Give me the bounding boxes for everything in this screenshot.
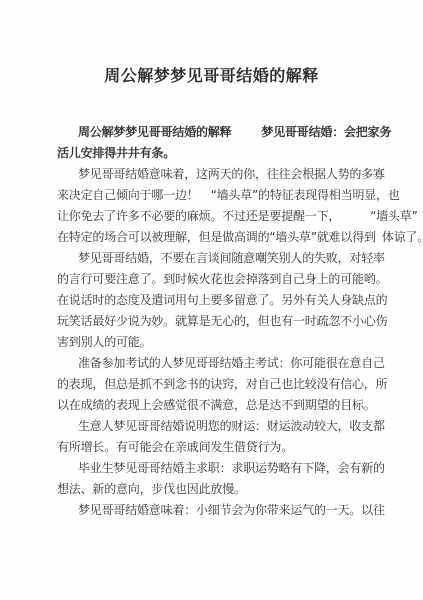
text-segment: 想法、新的意向，步伐也因此放慢。 bbox=[57, 482, 246, 496]
text-line: 有所增长。有可能会在亲戚间发生借贷行为。 bbox=[57, 437, 397, 458]
text-segment: “墙头草” bbox=[370, 209, 417, 223]
text-segment: 的言行可要注意了。到时候火花也会掉落到自己身上的可能哟。 bbox=[57, 272, 387, 286]
text-segment: 梦见哥哥结婚意味着：小细节会为你带来运气的一天。以往 bbox=[78, 503, 385, 517]
text-line: 周公解梦梦见哥哥结婚的解释梦见哥哥结婚：会把家务 bbox=[57, 122, 397, 143]
text-line: 准备参加考试的人梦见哥哥结婚主考试：你可能很在意自己 bbox=[57, 353, 397, 374]
text-line: 玩笑话最好少说为妙。就算是无心的，但也有一时疏忽不小心伤 bbox=[57, 311, 397, 332]
text-segment: 以在成绩的表现上会感觉很不满意，总是达不到期望的目标。 bbox=[57, 398, 376, 412]
text-line: 梦见哥哥结婚意味着，这两天的你，往往会根据人势的多寡 bbox=[57, 164, 397, 185]
paragraph: 毕业生梦见哥哥结婚主求职：求职运势略有下降，会有新的 想法、新的意向，步伐也因此… bbox=[57, 458, 397, 500]
text-segment: 生意人梦见哥哥结婚说明您的财运：财运波动较大，收支都 bbox=[78, 419, 385, 433]
document-body: 周公解梦梦见哥哥结婚的解释梦见哥哥结婚：会把家务 活儿安排得井井有条。 梦见哥哥… bbox=[0, 122, 423, 521]
paragraph: 梦见哥哥结婚，不要在言谈间随意嘲笑别人的失败，对轻率 的言行可要注意了。到时候火… bbox=[57, 248, 397, 353]
text-segment: 让你免去了许多不必要的麻烦。不过还是要提醒一下， bbox=[57, 209, 340, 223]
text-gap bbox=[199, 198, 211, 199]
text-line: 的言行可要注意了。到时候火花也会掉落到自己身上的可能哟。 bbox=[57, 269, 397, 290]
paragraph: 周公解梦梦见哥哥结婚的解释梦见哥哥结婚：会把家务 活儿安排得井井有条。 bbox=[57, 122, 397, 164]
text-line: 以在成绩的表现上会感觉很不满意，总是达不到期望的目标。 bbox=[57, 395, 397, 416]
paragraph: 梦见哥哥结婚意味着：小细节会为你带来运气的一天。以往 bbox=[57, 500, 397, 521]
text-line: 来决定自己倾向于哪一边！“墙头草”的特征表现得相当明显，也 bbox=[57, 185, 397, 206]
text-line: 活儿安排得井井有条。 bbox=[57, 143, 397, 164]
text-segment: 准备参加考试的人梦见哥哥结婚主考试：你可能很在意自己 bbox=[78, 356, 385, 370]
text-line: 害到别人的可能。 bbox=[57, 332, 397, 353]
paragraph: 准备参加考试的人梦见哥哥结婚主考试：你可能很在意自己 的表现，但总是抓不到念书的… bbox=[57, 353, 397, 416]
paragraph: 梦见哥哥结婚意味着，这两天的你，往往会根据人势的多寡 来决定自己倾向于哪一边！“… bbox=[57, 164, 397, 248]
text-segment: 害到别人的可能。 bbox=[57, 335, 151, 349]
text-segment: 在特定的场合可以被理解，但是做高调的“墙头草”就难以得到 bbox=[57, 230, 376, 244]
page-title: 周公解梦梦见哥哥结婚的解释 bbox=[0, 0, 423, 86]
text-segment: 梦见哥哥结婚意味着，这两天的你，往往会根据人势的多寡 bbox=[78, 167, 385, 181]
text-line: 在特定的场合可以被理解，但是做高调的“墙头草”就难以得到体谅了。 bbox=[57, 227, 397, 248]
text-segment: 梦见哥哥结婚：会把家务 bbox=[261, 125, 391, 139]
text-line: 梦见哥哥结婚，不要在言谈间随意嘲笑别人的失败，对轻率 bbox=[57, 248, 397, 269]
text-line: 想法、新的意向，步伐也因此放慢。 bbox=[57, 479, 397, 500]
text-segment: 体谅了。 bbox=[382, 230, 423, 244]
text-segment: 活儿安排得井井有条。 bbox=[57, 146, 175, 160]
text-line: 的表现，但总是抓不到念书的诀窍，对自己也比较没有信心，所 bbox=[57, 374, 397, 395]
text-gap bbox=[231, 135, 261, 136]
text-segment: 毕业生梦见哥哥结婚主求职：求职运势略有下降，会有新的 bbox=[78, 461, 385, 475]
text-line: 生意人梦见哥哥结婚说明您的财运：财运波动较大，收支都 bbox=[57, 416, 397, 437]
paragraph: 生意人梦见哥哥结婚说明您的财运：财运波动较大，收支都 有所增长。有可能会在亲戚间… bbox=[57, 416, 397, 458]
text-segment: 的表现，但总是抓不到念书的诀窍，对自己也比较没有信心，所 bbox=[57, 377, 387, 391]
text-segment: 玩笑话最好少说为妙。就算是无心的，但也有一时疏忽不小心伤 bbox=[57, 314, 387, 328]
text-line: 在说话时的态度及遣词用句上要多留意了。另外有关人身缺点的 bbox=[57, 290, 397, 311]
text-line: 毕业生梦见哥哥结婚主求职：求职运势略有下降，会有新的 bbox=[57, 458, 397, 479]
text-segment: 梦见哥哥结婚，不要在言谈间随意嘲笑别人的失败，对轻率 bbox=[78, 251, 385, 265]
text-segment: 来决定自己倾向于哪一边！ bbox=[57, 188, 199, 202]
text-line: 让你免去了许多不必要的麻烦。不过还是要提醒一下，“墙头草” bbox=[57, 206, 397, 227]
text-segment: 在说话时的态度及遣词用句上要多留意了。另外有关人身缺点的 bbox=[57, 293, 387, 307]
text-segment: “墙头草”的特征表现得相当明显，也 bbox=[211, 188, 400, 202]
document-page: 周公解梦梦见哥哥结婚的解释 周公解梦梦见哥哥结婚的解释梦见哥哥结婚：会把家务 活… bbox=[0, 0, 423, 600]
text-segment: 周公解梦梦见哥哥结婚的解释 bbox=[78, 125, 231, 139]
text-segment: 有所增长。有可能会在亲戚间发生借贷行为。 bbox=[57, 440, 293, 454]
text-gap bbox=[340, 219, 370, 220]
text-line: 梦见哥哥结婚意味着：小细节会为你带来运气的一天。以往 bbox=[57, 500, 397, 521]
